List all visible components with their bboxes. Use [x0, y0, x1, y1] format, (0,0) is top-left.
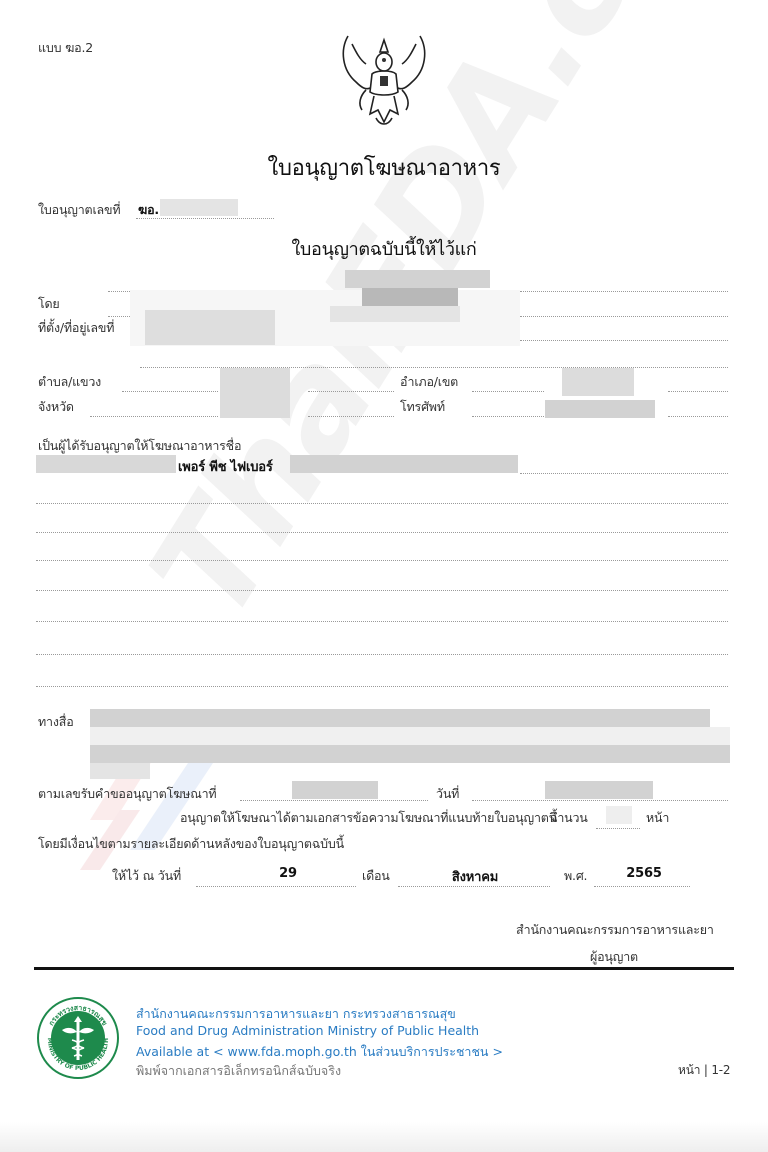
- grantee-name-redacted-block: [330, 306, 460, 322]
- district-label: อำเภอ/เขต: [400, 372, 458, 392]
- footer-printed-note: พิมพ์จากเอกสารอิเล็กทรอนิกส์ฉบับจริง: [136, 1061, 341, 1081]
- grantee-name-redacted-block: [345, 270, 490, 288]
- product-label: เป็นผู้ได้รับอนุญาตให้โฆษณาอาหารชื่อ: [38, 436, 241, 456]
- subdistrict-province-redacted: [220, 368, 290, 418]
- product-name: เพอร์ พีช ไฟเบอร์: [178, 456, 273, 477]
- ministry-of-public-health-logo-icon: กระทรวงสาธารณสุข MINISTRY OF PUBLIC HEAL…: [36, 996, 120, 1080]
- product-name-suffix-redacted: [290, 455, 518, 473]
- license-number-redacted: [160, 199, 238, 216]
- footer-website-link[interactable]: Available at < www.fda.moph.go.th ในส่วน…: [136, 1042, 503, 1062]
- allow-text: อนุญาตให้โฆษณาได้ตามเอกสารข้อความโฆษณาที…: [180, 808, 557, 828]
- conditions-text: โดยมีเงื่อนไขตามรายละเอียดด้านหลังของใบอ…: [38, 834, 344, 854]
- issued-year: 2565: [596, 866, 692, 881]
- page-count-label: จำนวน: [550, 808, 588, 828]
- subtitle: ใบอนุญาตฉบับนี้ให้ไว้แก่: [0, 234, 768, 263]
- media-redacted-line2: [90, 727, 730, 745]
- province-label: จังหวัด: [38, 397, 74, 417]
- page-count-redacted: [606, 806, 632, 824]
- garuda-emblem-icon: [336, 30, 432, 130]
- media-redacted-line3: [90, 745, 730, 763]
- month-label: เดือน: [362, 866, 390, 886]
- footer-agency-thai: สำนักงานคณะกรรมการอาหารและยา กระทรวงสาธา…: [136, 1004, 456, 1024]
- given-date-label: ให้ไว้ ณ วันที่: [112, 866, 181, 886]
- media-redacted-line4: [90, 763, 150, 779]
- phone-redacted: [545, 400, 655, 418]
- footer-agency-english: Food and Drug Administration Ministry of…: [136, 1023, 479, 1038]
- document-title: ใบอนุญาตโฆษณาอาหาร: [0, 150, 768, 185]
- request-number-redacted: [292, 781, 378, 799]
- issuing-office: สำนักงานคณะกรรมการอาหารและยา: [516, 920, 714, 940]
- license-number-prefix: ฆอ.: [138, 200, 159, 220]
- by-label: โดย: [38, 294, 60, 314]
- footer-divider: [34, 967, 734, 970]
- authorizer-role: ผู้อนุญาต: [590, 947, 638, 967]
- address-redacted: [145, 310, 275, 345]
- subdistrict-label: ตำบล/แขวง: [38, 372, 101, 392]
- media-redacted-line1: [90, 709, 710, 727]
- media-label: ทางสื่อ: [38, 712, 74, 732]
- address-label: ที่ตั้ง/ที่อยู่เลขที่: [38, 318, 114, 338]
- request-date-label: วันที่: [436, 784, 459, 804]
- district-redacted: [562, 368, 634, 396]
- grantee-name-redacted-block: [362, 288, 458, 306]
- request-date-redacted: [545, 781, 653, 799]
- license-number-label: ใบอนุญาตเลขที่: [38, 200, 120, 220]
- issued-day: 29: [258, 866, 318, 881]
- page-indicator: หน้า | 1-2: [678, 1061, 730, 1080]
- phone-label: โทรศัพท์: [400, 397, 445, 417]
- issued-month: สิงหาคม: [400, 866, 550, 887]
- page-bottom-shadow: [0, 1122, 768, 1152]
- request-number-label: ตามเลขรับคำขออนุญาตโฆษณาที่: [38, 784, 216, 804]
- product-name-prefix-redacted: [36, 455, 176, 473]
- form-code: แบบ ฆอ.2: [38, 38, 93, 58]
- pages-label: หน้า: [646, 808, 669, 828]
- year-label: พ.ศ.: [564, 866, 587, 886]
